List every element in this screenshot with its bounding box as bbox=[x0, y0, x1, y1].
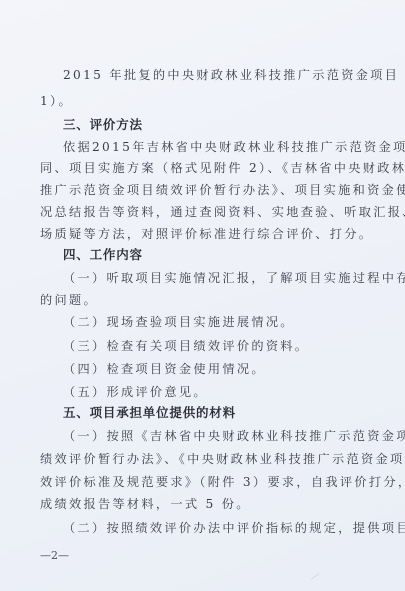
body-line: 1）。 bbox=[40, 93, 356, 109]
list-item: （四）检查项目资金使用情况。 bbox=[63, 361, 355, 377]
section-heading-method: 三、评价方法 bbox=[63, 117, 355, 133]
list-item: （二）现场查验项目实施进展情况。 bbox=[63, 314, 355, 330]
body-line: 效评价标准及规范要求》（附件 3）要求，自我评价打分，并形 bbox=[40, 474, 356, 490]
body-line: 推广示范资金项目绩效评价暂行办法》、项目实施和资金使用情 bbox=[40, 182, 356, 198]
body-line: 绩效评价暂行办法》、《中央财政林业科技推广示范资金项目绩 bbox=[40, 451, 356, 467]
page-number: —2— bbox=[40, 549, 69, 562]
list-item: （三）检查有关项目绩效评价的资料。 bbox=[63, 338, 355, 354]
body-line: 依据2015年吉林省中央财政林业科技推广示范资金项目合 bbox=[63, 139, 355, 155]
body-line: 的问题。 bbox=[40, 292, 356, 308]
body-line: 况总结报告等资料，通过查阅资料、实地查验、听取汇报、现 bbox=[40, 204, 356, 220]
scan-mark bbox=[311, 573, 326, 588]
body-line: 2015 年批复的中央财政林业科技推广示范资金项目（附件 bbox=[63, 67, 355, 83]
body-line: （一）听取项目实施情况汇报，了解项目实施过程中存在 bbox=[63, 270, 355, 286]
body-line: （一）按照《吉林省中央财政林业科技推广示范资金项目 bbox=[63, 428, 355, 444]
document-page: 2015 年批复的中央财政林业科技推广示范资金项目（附件 1）。 三、评价方法 … bbox=[0, 0, 405, 591]
section-heading-materials: 五、项目承担单位提供的材料 bbox=[63, 405, 355, 421]
body-line: 场质疑等方法，对照评价标准进行综合评价、打分。 bbox=[40, 226, 356, 242]
list-item: （五）形成评价意见。 bbox=[63, 384, 355, 400]
section-heading-work: 四、工作内容 bbox=[63, 247, 355, 263]
body-line: （二）按照绩效评价办法中评价指标的规定，提供项目实施 bbox=[63, 520, 355, 536]
body-line: 成绩效报告等材料，一式 5 份。 bbox=[40, 496, 356, 512]
body-line: 同、项目实施方案（格式见附件 2）、《吉林省中央财政林业科技 bbox=[40, 160, 356, 176]
